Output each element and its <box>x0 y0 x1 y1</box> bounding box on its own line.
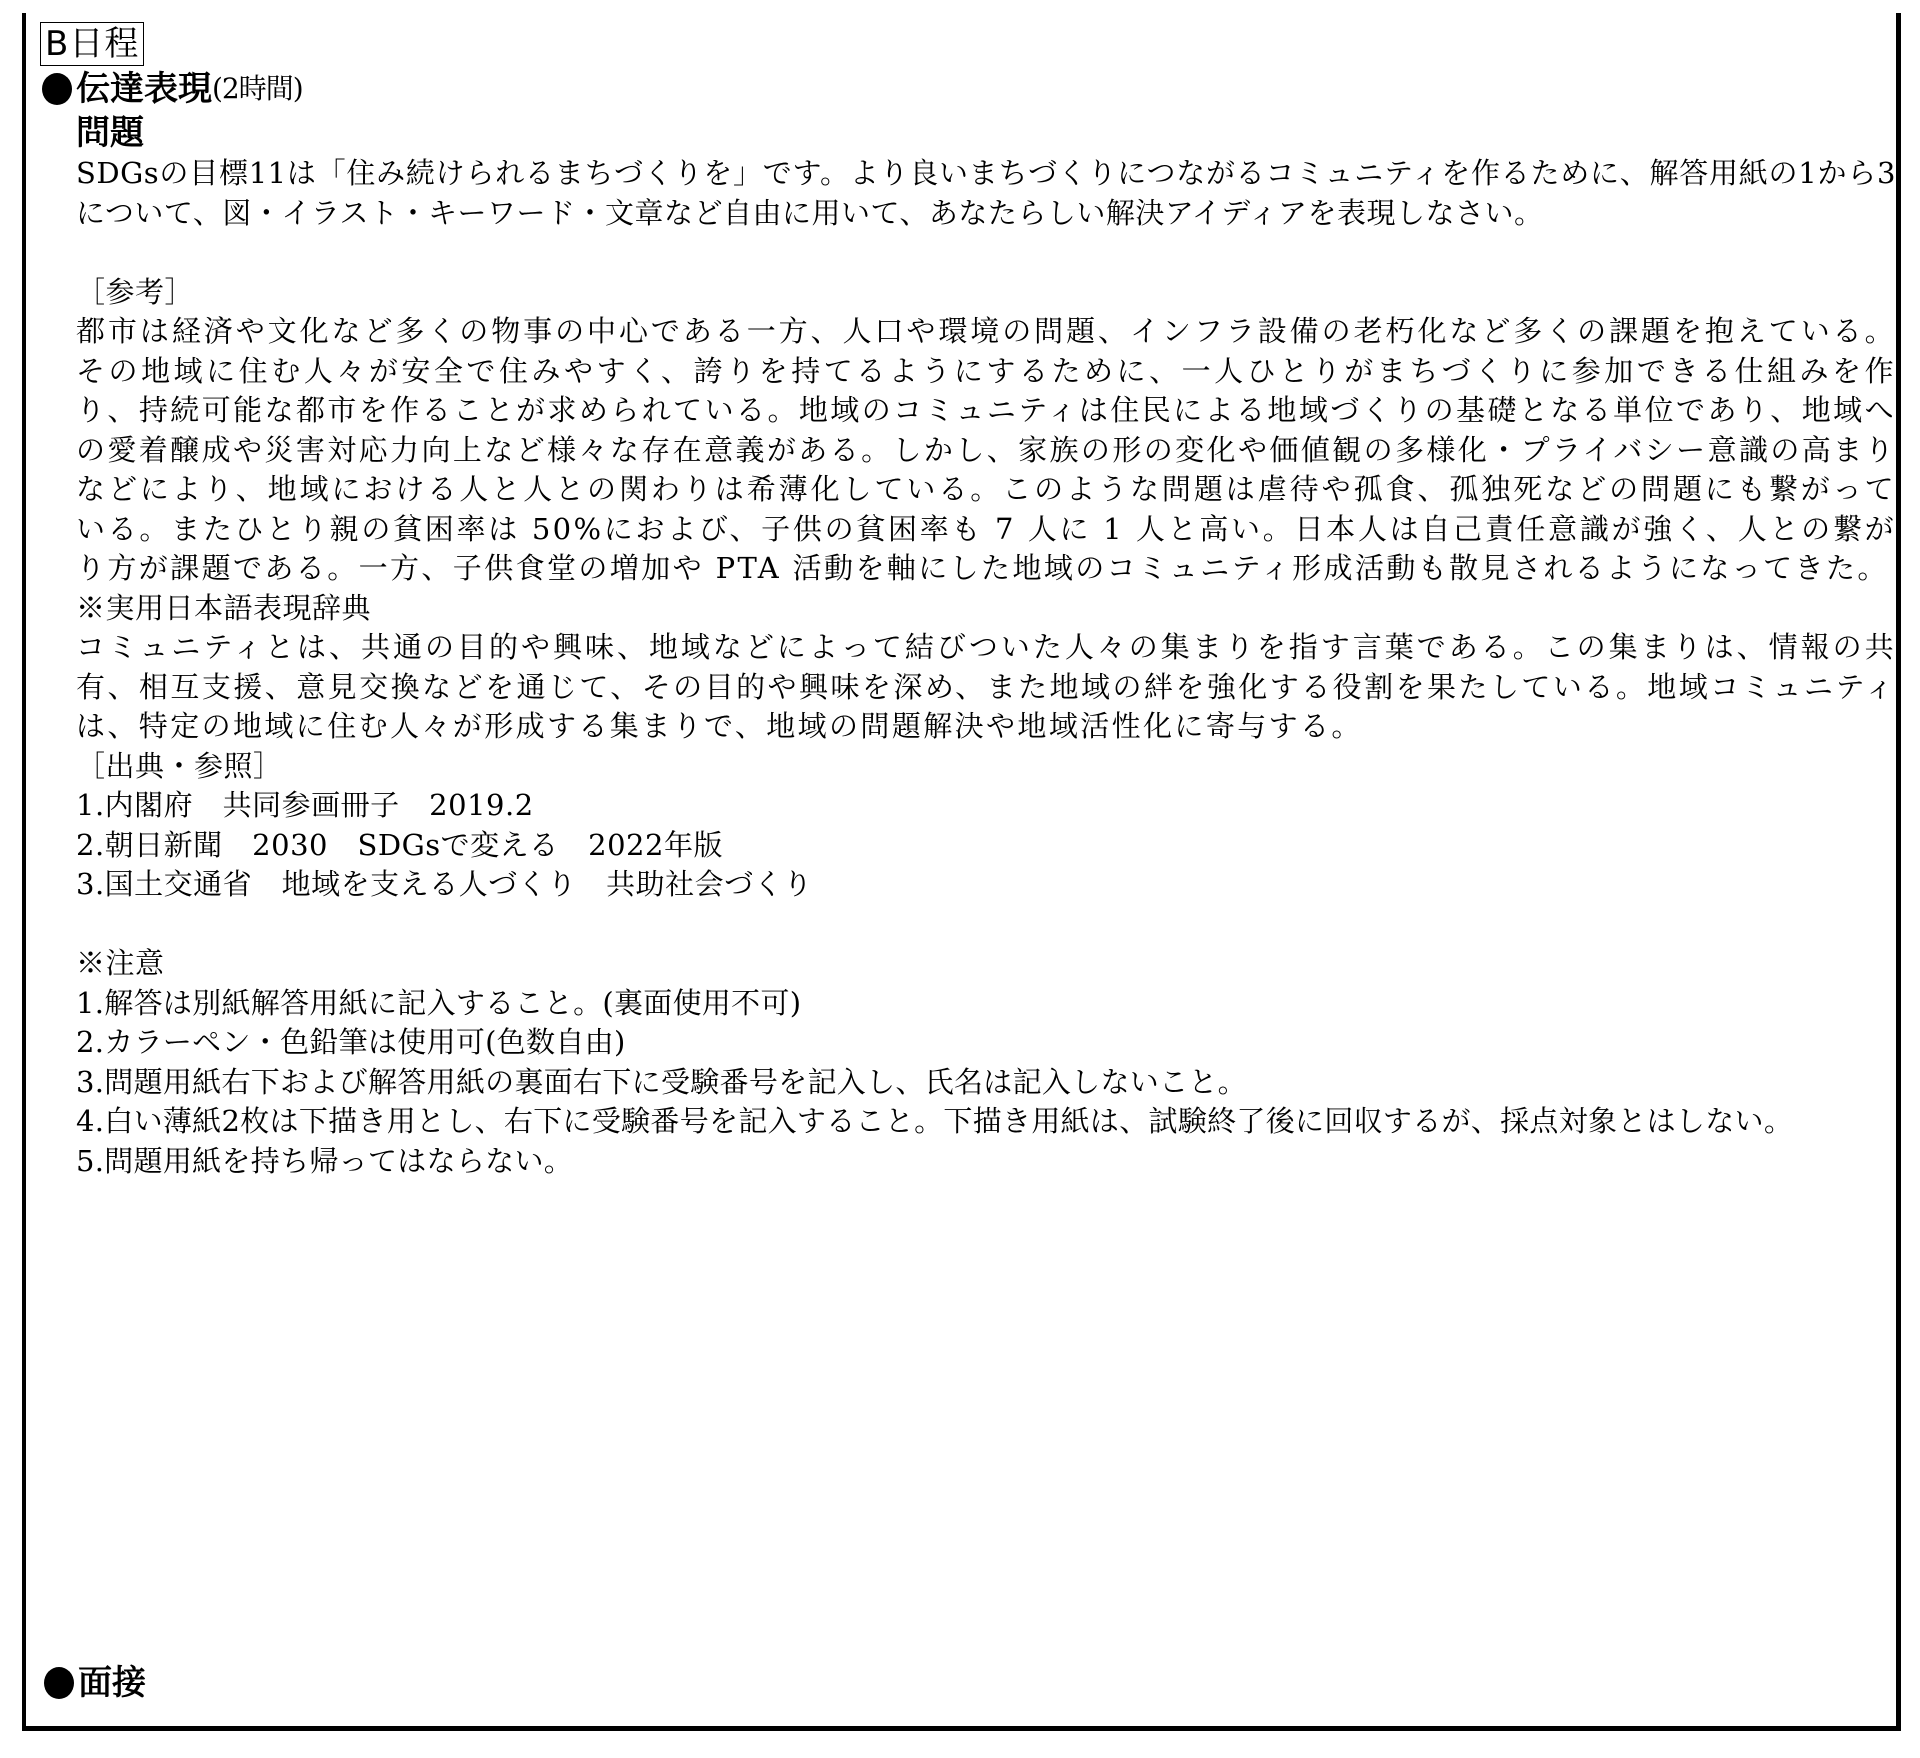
note-item: 5.問題用紙を持ち帰ってはならない。 <box>76 1142 1910 1182</box>
question-text: SDGsの目標11は「住み続けられるまちづくりを」です。より良いまちづくりにつな… <box>76 154 1896 233</box>
notes-label: ※注意 <box>76 944 1880 984</box>
bullet-icon <box>42 73 72 105</box>
source-item: 1.内閣府 共同参画冊子 2019.2 <box>76 786 1880 826</box>
note-item: 3.問題用紙右下および解答用紙の裏面右下に受験番号を記入し、氏名は記入しないこと… <box>76 1063 1910 1103</box>
source-item: 3.国土交通省 地域を支える人づくり 共助社会づくり <box>76 865 1880 905</box>
spacer <box>76 905 1880 945</box>
section-title: 面接 <box>78 1660 146 1706</box>
source-item: 2.朝日新聞 2030 SDGsで変える 2022年版 <box>76 826 1880 866</box>
note-item: 2.カラーペン・色鉛筆は使用可(色数自由) <box>76 1023 1910 1063</box>
section-duration: (2時間) <box>212 66 303 112</box>
reference-text: 都市は経済や文化など多くの物事の中心である一方、人口や環境の問題、インフラ設備の… <box>76 312 1896 589</box>
expression-body: 問題 SDGsの目標11は「住み続けられるまちづくりを」です。より良いまちづくり… <box>76 112 1880 1181</box>
sources-label: ［出典・参照］ <box>76 747 1880 787</box>
section-heading-expression: 伝達表現 (2時間) <box>42 66 1880 112</box>
reference-label: ［参考］ <box>76 273 1880 313</box>
question-label: 問題 <box>76 112 1880 154</box>
schedule-tag: B日程 <box>40 22 144 66</box>
dictionary-label: ※実用日本語表現辞典 <box>76 589 1880 629</box>
dictionary-text: コミュニティとは、共通の目的や興味、地域などによって結びついた人々の集まりを指す… <box>76 628 1896 747</box>
section-title: 伝達表現 <box>76 66 212 112</box>
spacer <box>76 233 1880 273</box>
section-heading-interview: 面接 <box>44 1660 146 1706</box>
document-content: B日程 伝達表現 (2時間) 問題 SDGsの目標11は「住み続けられるまちづく… <box>40 22 1880 1181</box>
bullet-icon <box>44 1667 74 1699</box>
note-item: 4.白い薄紙2枚は下描き用とし、右下に受験番号を記入すること。下描き用紙は、試験… <box>76 1102 1910 1142</box>
note-item: 1.解答は別紙解答用紙に記入すること。(裏面使用不可) <box>76 984 1910 1024</box>
